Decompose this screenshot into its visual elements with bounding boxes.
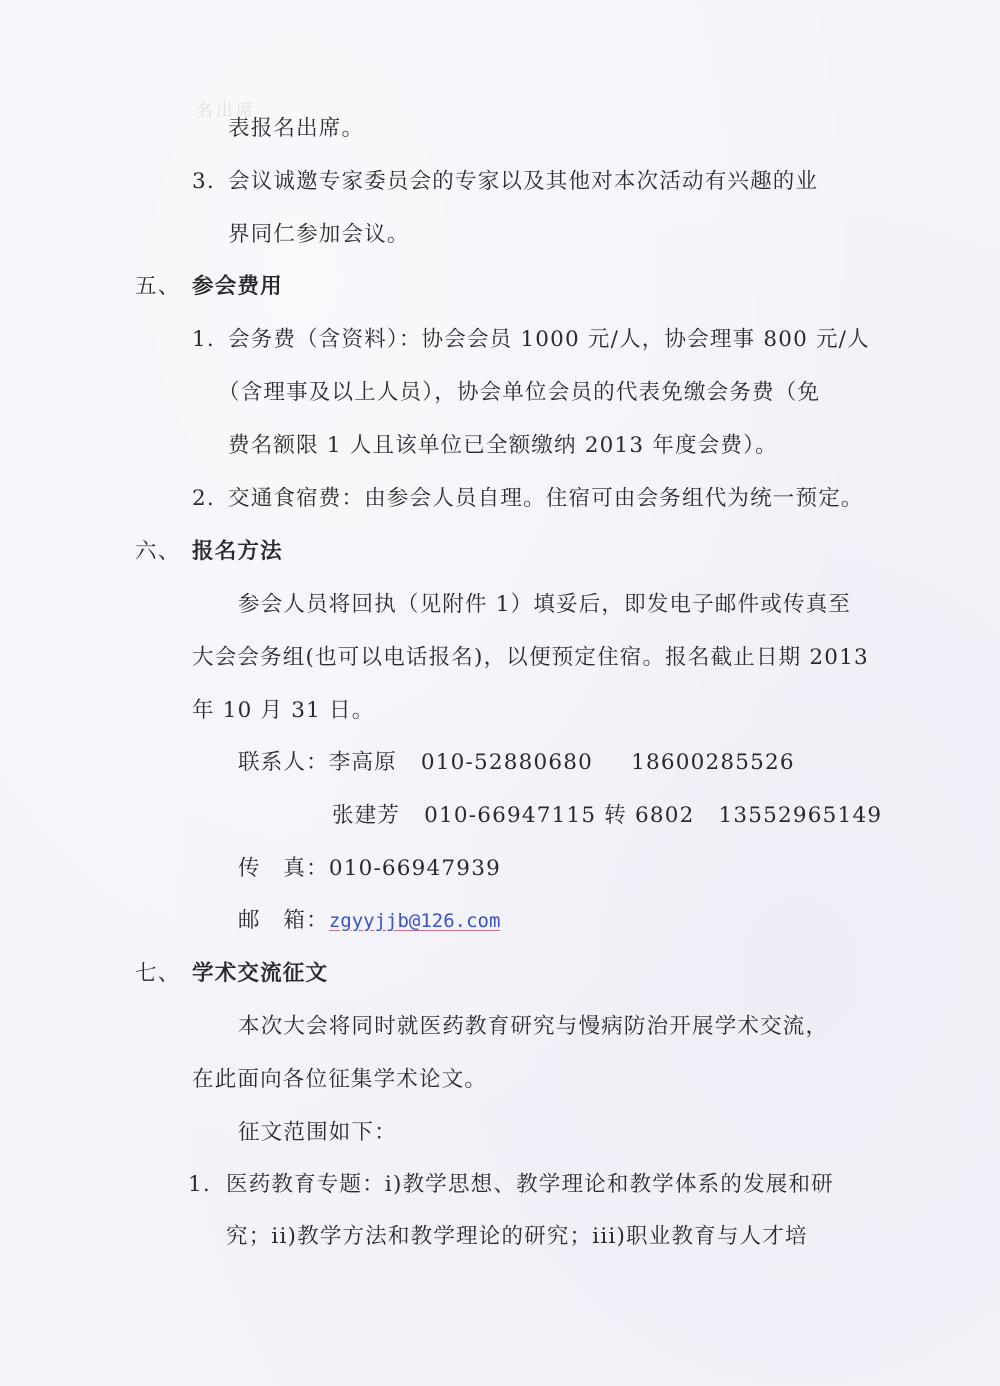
fax-label: 传 真：: [238, 854, 329, 884]
text-line: 界同仁参加会议。: [228, 220, 410, 250]
contact-name: 张建芳: [332, 803, 400, 828]
text-line: 究；ii)教学方法和教学理论的研究；iii)职业教育与人才培: [226, 1222, 808, 1252]
list-item-text: 医药教育专题：i)教学思想、教学理论和教学体系的发展和研: [226, 1172, 834, 1197]
text-line: 参会人员将回执（见附件 1）填妥后，即发电子邮件或传真至: [238, 590, 851, 620]
fax-number: 010-66947939: [329, 856, 501, 881]
contacts-label: 联系人：: [238, 748, 329, 778]
contact-row-1: 联系人：李高原010-5288068018600285526: [238, 748, 795, 778]
text-line: 本次大会将同时就医药教育研究与慢病防治开展学术交流，: [238, 1012, 828, 1042]
email-label: 邮 箱：: [238, 906, 329, 936]
section-title: 报名方法: [192, 539, 283, 564]
section-number: 七、: [135, 959, 192, 989]
contact-row-2: 张建芳010-66947115 转 680213552965149: [332, 801, 882, 831]
contact-mobile: 13552965149: [719, 803, 883, 828]
list-number: 2.: [192, 484, 228, 514]
list-item-text: 交通食宿费：由参会人员自理。住宿可由会务组代为统一预定。: [228, 486, 864, 511]
fee-item-2: 2.交通食宿费：由参会人员自理。住宿可由会务组代为统一预定。: [192, 484, 864, 514]
section-heading-5: 五、参会费用: [135, 272, 283, 302]
text-line: 在此面向各位征集学术论文。: [192, 1065, 487, 1095]
section-heading-6: 六、报名方法: [135, 537, 283, 567]
text-line: 表报名出席。: [228, 114, 364, 144]
text-line: 费名额限 1 人且该单位已全额缴纳 2013 年度会费）。: [228, 431, 778, 461]
contact-phone: 010-52880680: [421, 750, 593, 775]
text-line: 大会会务组(也可以电话报名)，以便预定住宿。报名截止日期 2013: [192, 643, 869, 673]
contact-mobile: 18600285526: [631, 750, 795, 775]
list-number: 1.: [188, 1170, 226, 1200]
fax-row: 传 真：010-66947939: [238, 854, 501, 884]
list-item-text: 会议诚邀专家委员会的专家以及其他对本次活动有兴趣的业: [228, 169, 818, 194]
text-line: 征文范围如下：: [238, 1118, 397, 1148]
list-item-3: 3.会议诚邀专家委员会的专家以及其他对本次活动有兴趣的业: [192, 167, 818, 197]
document-page: 名出席 表报名出席。 3.会议诚邀专家委员会的专家以及其他对本次活动有兴趣的业 …: [0, 0, 1000, 1386]
topic-item-1: 1.医药教育专题：i)教学思想、教学理论和教学体系的发展和研: [188, 1170, 834, 1200]
list-number: 3.: [192, 167, 228, 197]
list-item-text: 会务费（含资料）：协会会员 1000 元/人，协会理事 800 元/人: [228, 327, 870, 352]
contact-phone: 010-66947115 转 6802: [424, 803, 694, 828]
email-row: 邮 箱：zgyyjjb@126.com: [238, 906, 500, 936]
text-line: （含理事及以上人员），协会单位会员的代表免缴会务费（免: [218, 378, 820, 408]
email-link[interactable]: zgyyjjb@126.com: [329, 910, 501, 932]
section-title: 学术交流征文: [192, 961, 328, 986]
section-number: 五、: [135, 272, 192, 302]
text-line: 年 10 月 31 日。: [192, 696, 374, 726]
fee-item-1: 1.会务费（含资料）：协会会员 1000 元/人，协会理事 800 元/人: [192, 325, 870, 355]
contact-name: 李高原: [329, 750, 397, 775]
section-title: 参会费用: [192, 274, 283, 299]
section-heading-7: 七、学术交流征文: [135, 959, 328, 989]
list-number: 1.: [192, 325, 228, 355]
section-number: 六、: [135, 537, 192, 567]
